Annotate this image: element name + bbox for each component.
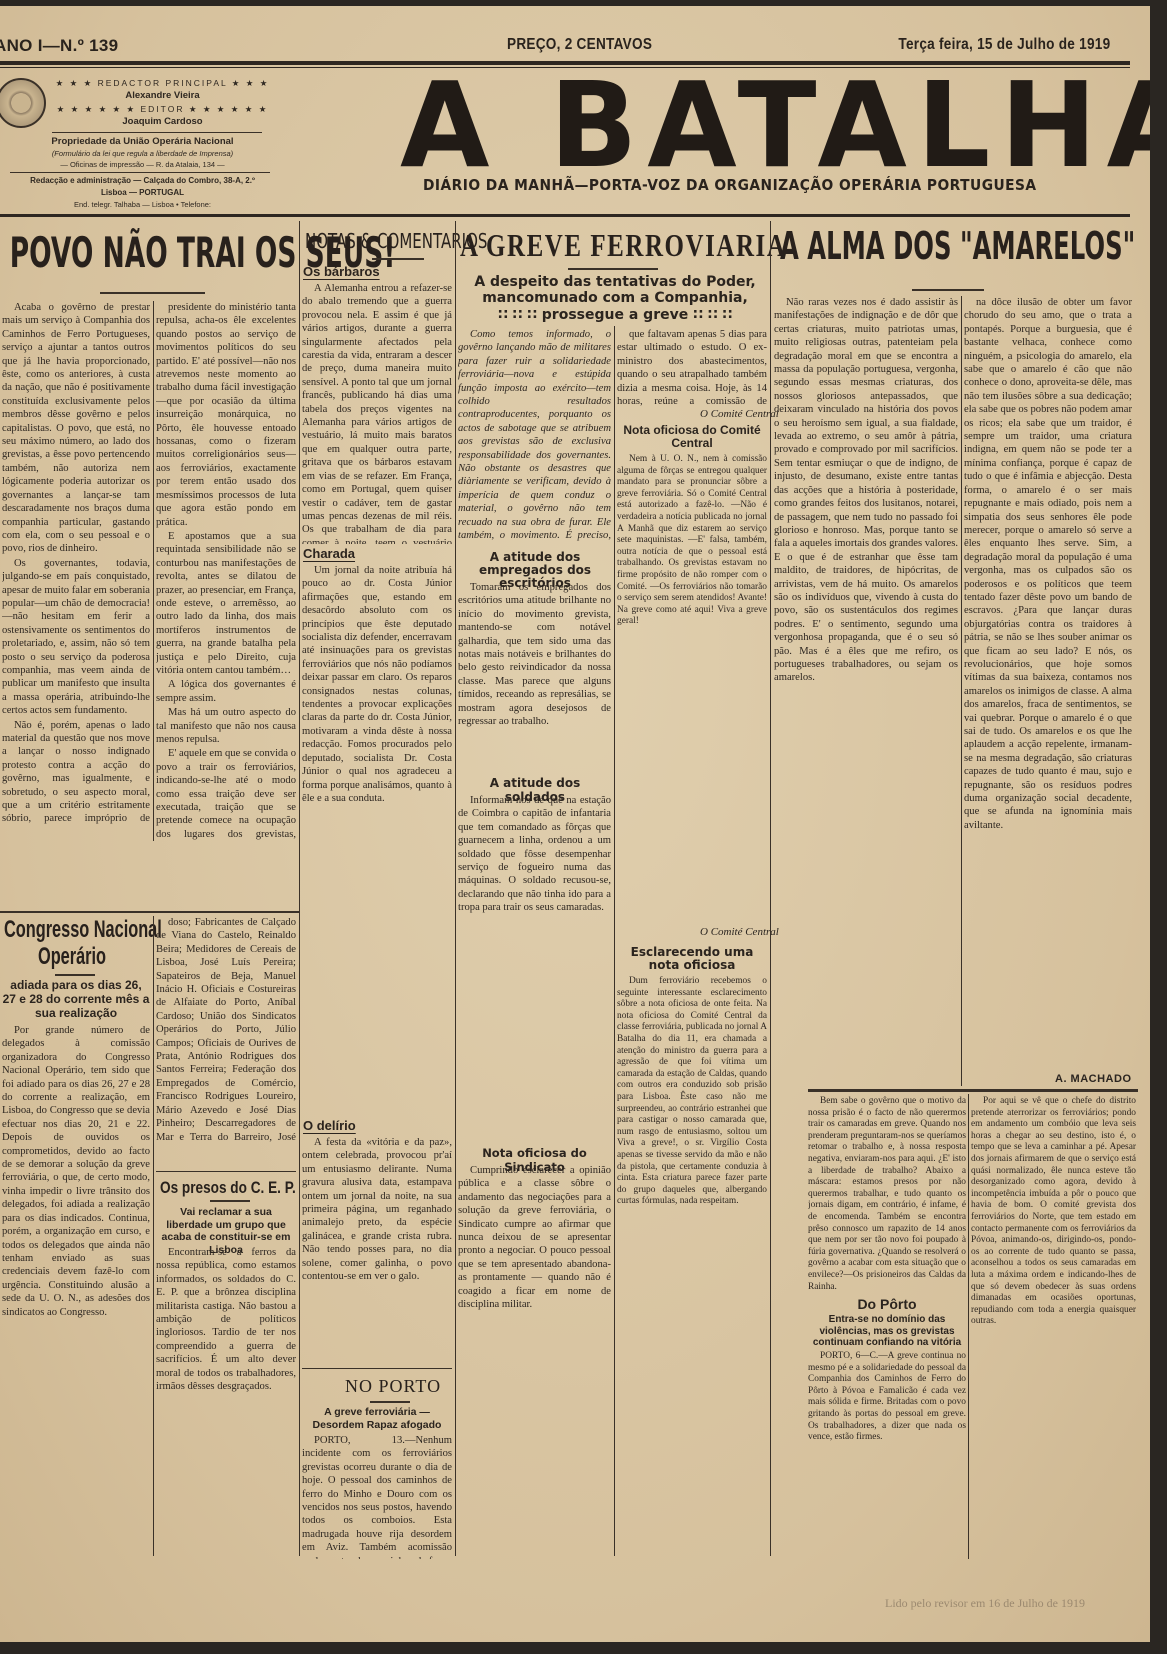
paragraph: Por grande número de delegados à comissã… (2, 1024, 150, 1319)
nota-comite-text: Nem à U. O. N., nem à comissão alguma de… (617, 454, 767, 874)
paragraph: Um jornal da noite atribuía há pouco ao … (302, 564, 452, 805)
column-divider (455, 221, 456, 1556)
price: PREÇO, 2 CENTAVOS (507, 36, 652, 54)
povo-column-2: presidente do ministério tanta repulsa, … (156, 301, 296, 841)
column-divider (770, 221, 771, 1556)
paragraph: Por aqui se vê que o chefe do distrito p… (971, 1096, 1136, 1328)
barbaros-text: A Alemanha entrou a refazer-se do abalo … (302, 282, 452, 544)
nota-sindicato-text: Cumprindo esclarecer a opinião pública e… (458, 1164, 611, 1559)
headline-amarelos: A ALMA DOS "AMARELOS" (780, 224, 1135, 268)
esclarecendo-text: Dum ferroviário recebemos o seguinte int… (617, 976, 767, 1559)
paragraph: PORTO, 6—C.—A greve continua no mesmo pé… (808, 1351, 966, 1444)
headline-underline (372, 258, 424, 260)
paragraph: Os governantes, todavia, julgando-se em … (2, 557, 150, 718)
paragraph: A Alemanha entrou a refazer-se do abalo … (302, 282, 452, 544)
union-seal-icon (0, 78, 46, 128)
masthead-divider-2 (10, 172, 270, 173)
paragraph: E apostamos que a sua requintada sensibi… (156, 530, 296, 677)
paragraph: na dôce ilusão de obter um favor chorudo… (964, 296, 1132, 832)
comite-signature-2: O Comité Central (700, 926, 779, 938)
editor-name: Joaquim Cardoso (50, 116, 275, 127)
paragraph: que faltavam apenas 5 dias para estar ul… (617, 328, 767, 408)
paragraph: Como temos informado, o govêrno lançando… (458, 328, 611, 543)
paragraph: E' aquele em que se convida o povo a tra… (156, 747, 296, 841)
paragraph: Mas há um outro aspecto do tal manifesto… (156, 706, 296, 746)
paragraph: Nem à U. O. N., nem à comissão alguma de… (617, 454, 767, 628)
headline-underline (55, 974, 95, 976)
atitude-empregados-text: Tomaram os empregados dos escritórios um… (458, 581, 611, 771)
section-barbaros-title: Os bárbaros (303, 264, 380, 279)
paragraph: Encontram-se a ferros da nossa república… (156, 1246, 296, 1393)
legal-note: (Formulário da lei que regula a liberdad… (10, 149, 275, 158)
paragraph: PORTO, 13.—Nenhum incidente com os ferro… (302, 1434, 452, 1559)
paragraph: doso; Fabricantes de Calçado de Viana do… (156, 916, 296, 1146)
do-porto-title: Do Pôrto (808, 1296, 966, 1312)
column-divider (153, 916, 154, 1556)
section-divider (302, 1368, 452, 1369)
section-divider (808, 1089, 1138, 1092)
greve-deck-line3: ∷ ∷ ∷ prossegue a greve ∷ ∷ ∷ (460, 307, 770, 323)
masthead-bottom-rule (0, 214, 1130, 217)
headline-underline (912, 289, 984, 291)
greve-deck: A despeito das tentativas do Poder, manc… (460, 274, 770, 306)
no-porto-deck: A greve ferroviária — Desordem Rapaz afo… (302, 1406, 452, 1431)
column-divider (299, 221, 300, 1556)
editor-chief-name: Alexandre Vieira (50, 90, 275, 101)
lower-right-column-2: Por aqui se vê que o chefe do distrito p… (971, 1096, 1136, 1559)
nota-comite-title: Nota oficiosa do Comité Central (617, 424, 767, 450)
column-divider (614, 326, 615, 1556)
do-porto-deck: Entra-se no domínio das violências, mas … (808, 1314, 966, 1349)
headline-no-porto: NO PORTO (345, 1376, 441, 1397)
greve-column-2-top: que faltavam apenas 5 dias para estar ul… (617, 328, 767, 408)
headline-greve: A GREVE FERROVIARIA (460, 227, 786, 264)
prisioneiros-letter: Bem sabe o govêrno que o motivo da nossa… (808, 1096, 966, 1296)
presos-text: Encontram-se a ferros da nossa república… (156, 1246, 296, 1556)
comite-signature: O Comité Central (700, 408, 779, 420)
paragraph: Acaba o govêrno de prestar mais um servi… (2, 301, 150, 556)
delirio-text: A festa da «vitória e da paz», ontem cel… (302, 1136, 452, 1356)
povo-column-1: Acaba o govêrno de prestar mais um servi… (2, 301, 150, 826)
do-porto-text: PORTO, 6—C.—A greve continua no mesmo pé… (808, 1351, 966, 1561)
amarelos-column-1: Não raras vezes nos é dado assistir às m… (774, 296, 958, 1091)
headline-congresso-2: Operário (38, 943, 106, 971)
ownership: Propriedade da União Operária Nacional (10, 136, 275, 147)
paragraph: Não raras vezes nos é dado assistir às m… (774, 296, 958, 685)
address: Redacção e administração — Calçada do Co… (10, 176, 275, 185)
headline-congresso-1: Congresso Nacional (4, 916, 162, 944)
esclarecendo-title: Esclarecendo uma nota oficiosa (617, 946, 767, 972)
section-divider (0, 911, 299, 913)
congresso-column-2: doso; Fabricantes de Calçado de Viana do… (156, 916, 296, 1146)
newspaper-subtitle: DIÁRIO DA MANHÃ—PORTA-VOZ DA ORGANIZAÇÃO… (423, 176, 1037, 194)
paragraph: Cumprindo esclarecer a opinião pública e… (458, 1164, 611, 1311)
no-porto-text: PORTO, 13.—Nenhum incidente com os ferro… (302, 1434, 452, 1559)
masthead-info: ★ ★ ★ REDACTOR PRINCIPAL ★ ★ ★ Alexandre… (0, 72, 275, 212)
newspaper-page: ANO I—N.º 139 PREÇO, 2 CENTAVOS Terça fe… (0, 6, 1150, 1642)
amarelos-column-2: na dôce ilusão de obter um favor chorudo… (964, 296, 1132, 1071)
editor-chief-role: ★ ★ ★ REDACTOR PRINCIPAL ★ ★ ★ (50, 78, 275, 89)
headline-presos: Os presos do C. E. P. (160, 1178, 296, 1198)
congresso-column-1: Por grande número de delegados à comissã… (2, 1024, 150, 1564)
paragraph: Bem sabe o govêrno que o motivo da nossa… (808, 1096, 966, 1293)
issue-date: Terça feira, 15 de Julho de 1919 (898, 36, 1110, 54)
city: Lisboa — PORTUGAL (10, 188, 275, 197)
section-charada-title: Charada (303, 546, 355, 561)
amarelos-signature: A. MACHADO (1055, 1073, 1132, 1085)
issue-number: ANO I—N.º 139 (0, 36, 118, 56)
paragraph: Tomaram os empregados dos escritórios um… (458, 581, 611, 728)
headline-underline (568, 268, 658, 270)
headline-underline (100, 292, 205, 294)
newspaper-title: A BATALHA (400, 70, 1125, 180)
paragraph: A festa da «vitória e da paz», ontem cel… (302, 1136, 452, 1283)
column-divider (153, 301, 154, 841)
paragraph: Dum ferroviário recebemos o seguinte int… (617, 976, 767, 1208)
congresso-deck: adiada para os dias 26, 27 e 28 do corre… (2, 978, 150, 1020)
column-divider (961, 296, 962, 1086)
paragraph: Informam-nos de que na estação de Coimbr… (458, 794, 611, 915)
section-divider (156, 1171, 296, 1172)
greve-column-1-intro: Como temos informado, o govêrno lançando… (458, 328, 611, 543)
printing-office: — Oficinas de impressão — R. da Atalaia,… (10, 160, 275, 169)
paragraph: A lógica dos governantes é sempre assim. (156, 678, 296, 705)
headline-underline (370, 1401, 410, 1403)
telegraph: End. telegr. Talhaba — Lisboa • Telefone… (10, 200, 275, 209)
paragraph: Não é, porém, apenas o lado material da … (2, 719, 150, 826)
editor-role: ★ ★ ★ ★ ★ ★ EDITOR ★ ★ ★ ★ ★ ★ (50, 104, 275, 115)
atitude-soldados-text: Informam-nos de que na estação de Coimbr… (458, 794, 611, 1139)
section-delirio-title: O delírio (303, 1118, 356, 1133)
archive-stamp: Lido pelo revisor em 16 de Julho de 1919 (885, 1596, 1085, 1611)
column-divider (968, 1094, 969, 1559)
headline-underline (210, 1200, 250, 1202)
charada-text: Um jornal da noite atribuía há pouco ao … (302, 564, 452, 1090)
paragraph: presidente do ministério tanta repulsa, … (156, 301, 296, 529)
masthead-divider (52, 132, 262, 133)
